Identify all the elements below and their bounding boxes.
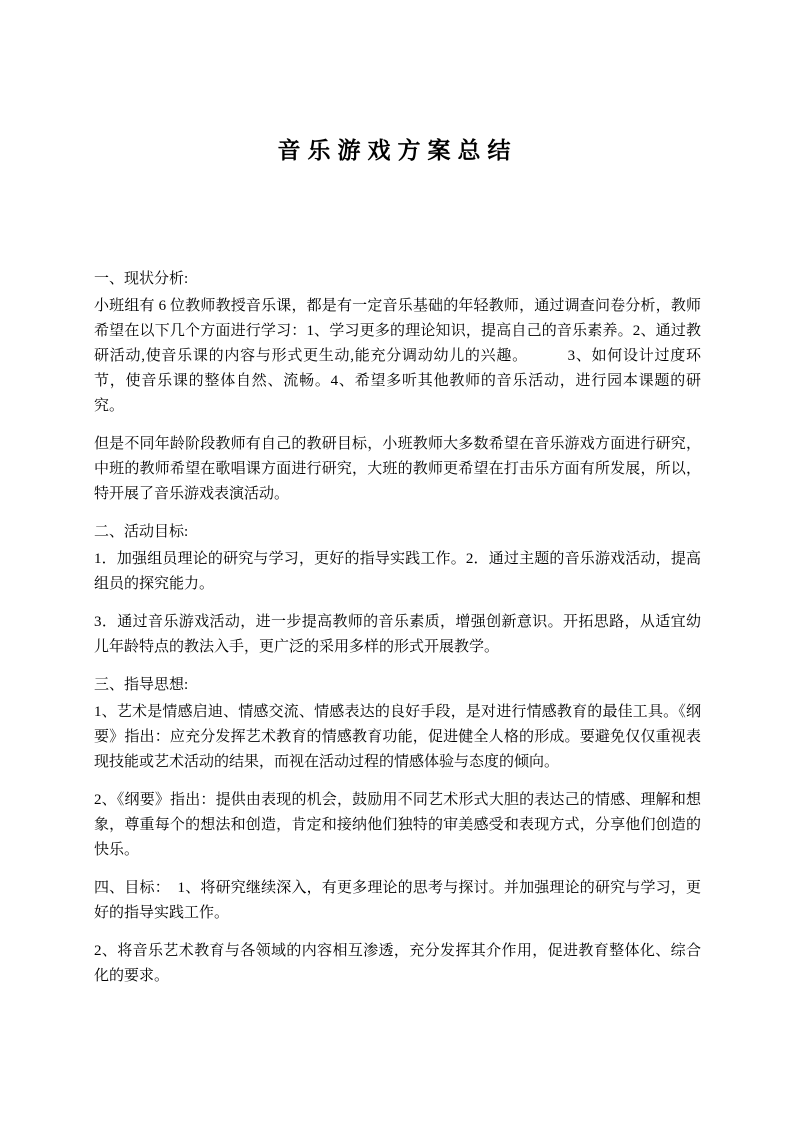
section-2-heading: 二、活动目标: [94,520,701,545]
section-1-heading: 一、现状分析: [94,267,701,292]
section-1-paragraph-2: 但是不同年龄阶段教师有自己的教研目标，小班教师大多数希望在音乐游戏方面进行研究，… [94,432,701,507]
document-page: 音乐游戏方案总结 一、现状分析: 小班组有 6 位教师教授音乐课，都是有一定音乐… [0,0,793,1122]
section-3-paragraph-1: 1、艺术是情感启迪、情感交流、情感表达的良好手段，是对进行情感教育的最佳工具。《… [94,700,701,775]
section-1-paragraph-1: 小班组有 6 位教师教授音乐课，都是有一定音乐基础的年轻教师，通过调查问卷分析，… [94,294,701,419]
section-4-goals-paragraph-1: 四、目标： 1、将研究继续深入，有更多理论的思考与探讨。并加强理论的研究与学习，… [94,876,701,926]
document-title: 音乐游戏方案总结 [94,138,701,162]
section-2-paragraph-2: 3．通过音乐游戏活动，进一步提高教师的音乐素质，增强创新意识。开拓思路，从适宜幼… [94,610,701,660]
section-3-heading: 三、指导思想: [94,673,701,698]
section-4-goals-paragraph-2: 2、将音乐艺术教育与各领域的内容相互渗透，充分发挥其介作用，促进教育整体化、综合… [94,939,701,989]
section-3-paragraph-2: 2、《纲要》指出：提供由表现的机会，鼓励用不同艺术形式大胆的表达己的情感、理解和… [94,788,701,863]
section-2-paragraph-1: 1．加强组员理论的研究与学习，更好的指导实践工作。2．通过主题的音乐游戏活动，提… [94,547,701,597]
